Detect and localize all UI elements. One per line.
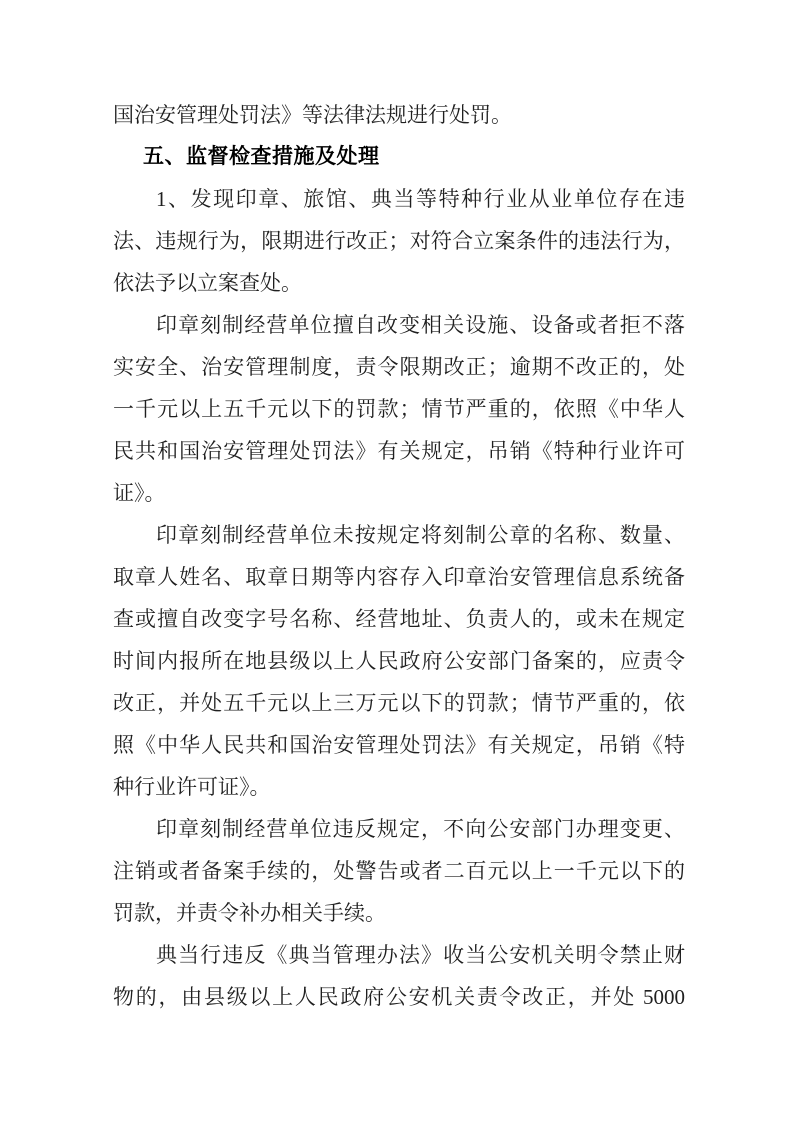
text-line: 民共和国治安管理处罚法》有关规定，吊销《特种行业许可 bbox=[113, 430, 685, 472]
text-line: 典当行违反《典当管理办法》收当公安机关明令禁止财 bbox=[113, 934, 685, 976]
text-line: 种行业许可证》。 bbox=[113, 766, 685, 808]
text-line: 物的，由县级以上人民政府公安机关责令改正，并处 5000 bbox=[113, 976, 685, 1018]
text-line: 印章刻制经营单位擅自改变相关设施、设备或者拒不落 bbox=[113, 304, 685, 346]
text-line: 查或擅自改变字号名称、经营地址、负责人的，或未在规定 bbox=[113, 598, 685, 640]
text-line: 实安全、治安管理制度，责令限期改正；逾期不改正的，处 bbox=[113, 346, 685, 388]
text-line: 证》。 bbox=[113, 472, 685, 514]
section-heading-line: 五、监督检查措施及处理 bbox=[113, 136, 685, 178]
document-page: 国治安管理处罚法》等法律法规进行处罚。 五、监督检查措施及处理 1、发现印章、旅… bbox=[0, 0, 793, 1122]
text-line: 改正，并处五千元以上三万元以下的罚款；情节严重的，依 bbox=[113, 682, 685, 724]
text-line: 照《中华人民共和国治安管理处罚法》有关规定，吊销《特 bbox=[113, 724, 685, 766]
text-line: 国治安管理处罚法》等法律法规进行处罚。 bbox=[113, 94, 685, 136]
text-line: 印章刻制经营单位未按规定将刻制公章的名称、数量、 bbox=[113, 514, 685, 556]
text-line: 1、发现印章、旅馆、典当等特种行业从业单位存在违 bbox=[113, 178, 685, 220]
text-line: 时间内报所在地县级以上人民政府公安部门备案的，应责令 bbox=[113, 640, 685, 682]
text-line: 法、违规行为，限期进行改正；对符合立案条件的违法行为， bbox=[113, 220, 685, 262]
text-line: 罚款，并责令补办相关手续。 bbox=[113, 892, 685, 934]
text-line: 注销或者备案手续的，处警告或者二百元以上一千元以下的 bbox=[113, 850, 685, 892]
text-line: 印章刻制经营单位违反规定，不向公安部门办理变更、 bbox=[113, 808, 685, 850]
text-line: 取章人姓名、取章日期等内容存入印章治安管理信息系统备 bbox=[113, 556, 685, 598]
text-line: 一千元以上五千元以下的罚款；情节严重的，依照《中华人 bbox=[113, 388, 685, 430]
text-line: 依法予以立案查处。 bbox=[113, 262, 685, 304]
